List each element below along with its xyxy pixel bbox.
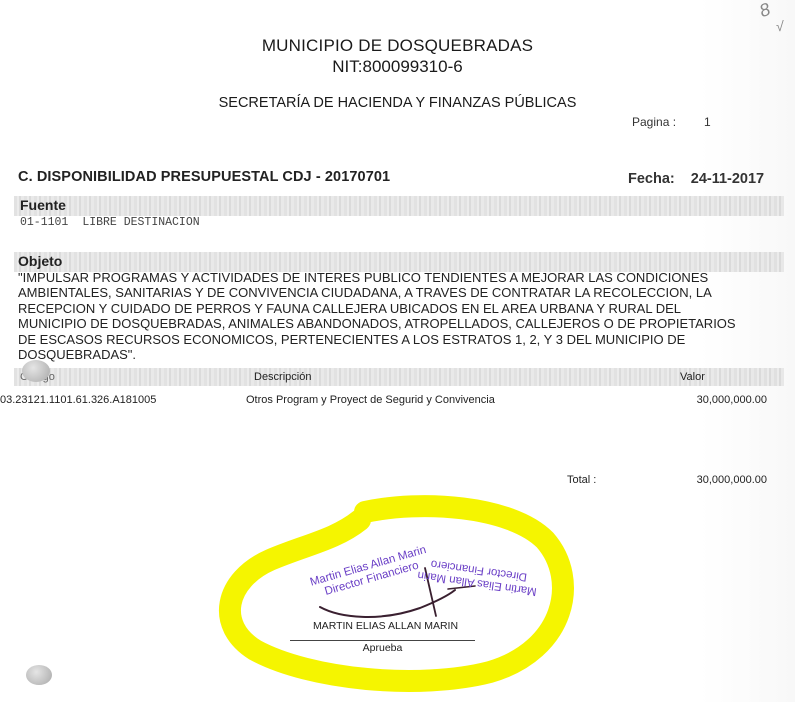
- signer-role: Aprueba: [290, 642, 475, 654]
- signer-name: MARTIN ELIAS ALLAN MARIN: [298, 620, 473, 632]
- scan-artifact: [26, 665, 52, 685]
- signature-scribble: [0, 0, 795, 702]
- signature-line: [290, 640, 475, 641]
- scan-artifact: [22, 360, 50, 382]
